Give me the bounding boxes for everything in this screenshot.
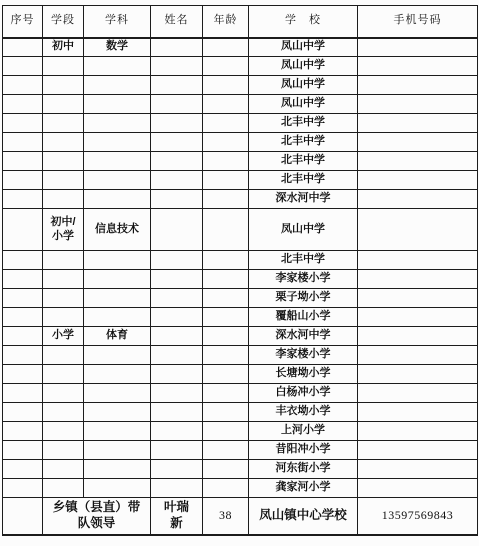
- cell-nianling: [203, 479, 249, 498]
- table-row: 覆船山小学: [3, 308, 478, 327]
- cell-xingming: [151, 152, 203, 171]
- cell-xueke: [84, 346, 151, 365]
- cell-xingming: [151, 57, 203, 76]
- cell-xueke: [84, 114, 151, 133]
- cell-xueduan: [43, 441, 84, 460]
- cell-shouji: [358, 479, 478, 498]
- cell-xueduan: [43, 346, 84, 365]
- cell-xueke: [84, 57, 151, 76]
- cell-xuhao: [3, 171, 43, 190]
- cell-nianling: [203, 95, 249, 114]
- table-row: 北丰中学: [3, 171, 478, 190]
- header-cell-xuexiao: 学 校: [249, 6, 358, 38]
- cell-xueduan: [43, 95, 84, 114]
- cell-xueduan: [43, 403, 84, 422]
- cell-nianling: [203, 76, 249, 95]
- table-row: 北丰中学: [3, 114, 478, 133]
- cell-nianling: [203, 460, 249, 479]
- cell-xueduan: [43, 133, 84, 152]
- cell-xuhao: [3, 114, 43, 133]
- cell-nianling: [203, 251, 249, 270]
- cell-xuexiao: 凤山中学: [249, 95, 358, 114]
- cell-xueke: [84, 422, 151, 441]
- cell-xueduan: [43, 479, 84, 498]
- cell-xingming: [151, 422, 203, 441]
- cell-shouji: [358, 76, 478, 95]
- cell-xueke: [84, 251, 151, 270]
- cell-xueke: [84, 308, 151, 327]
- cell-xueke: 体育: [84, 327, 151, 346]
- cell-xueke: [84, 190, 151, 209]
- cell-xueke: 数学: [84, 38, 151, 57]
- table-row: 北丰中学: [3, 152, 478, 171]
- cell-shouji: [358, 190, 478, 209]
- cell-xueduan: [43, 152, 84, 171]
- table-row: 李家楼小学: [3, 346, 478, 365]
- cell-shouji: [358, 327, 478, 346]
- cell-xuexiao: 深水河中学: [249, 190, 358, 209]
- cell-shouji: [358, 114, 478, 133]
- cell-xuhao: [3, 270, 43, 289]
- cell-xueke: [84, 95, 151, 114]
- table-row: 丰衣坳小学: [3, 403, 478, 422]
- cell-xingming: [151, 251, 203, 270]
- cell-shouji: [358, 460, 478, 479]
- cell-shouji: [358, 152, 478, 171]
- cell-xuhao: [3, 327, 43, 346]
- table-row: 凤山中学: [3, 57, 478, 76]
- cell-xuexiao: 北丰中学: [249, 133, 358, 152]
- cell-nianling: [203, 171, 249, 190]
- cell-xingming: [151, 190, 203, 209]
- cell-xuhao: [3, 57, 43, 76]
- header-cell-nianling: 年龄: [203, 6, 249, 38]
- cell-xueduan: [43, 171, 84, 190]
- cell-shouji: [358, 289, 478, 308]
- cell-xuhao: [3, 308, 43, 327]
- cell-xuhao: [3, 479, 43, 498]
- cell-xuhao: [3, 190, 43, 209]
- cell-xueduan: [43, 308, 84, 327]
- cell-nianling: [203, 289, 249, 308]
- table-row: 北丰中学: [3, 133, 478, 152]
- cell-shouji: [358, 38, 478, 57]
- cell-shouji: [358, 403, 478, 422]
- cell-xingming: [151, 76, 203, 95]
- cell-xuexiao: 李家楼小学: [249, 346, 358, 365]
- cell-xuhao: [3, 365, 43, 384]
- table-row: 小学体育深水河中学: [3, 327, 478, 346]
- cell-xueke: [84, 403, 151, 422]
- table-row: 龚家河小学: [3, 479, 478, 498]
- table-row: 白杨冲小学: [3, 384, 478, 403]
- cell-xingming: [151, 441, 203, 460]
- cell-xuhao: [3, 251, 43, 270]
- cell-shouji: [358, 133, 478, 152]
- cell-shouji: [358, 384, 478, 403]
- cell-xueke: [84, 479, 151, 498]
- table-row: 昔阳冲小学: [3, 441, 478, 460]
- header-cell-xuhao: 序号: [3, 6, 43, 38]
- cell-nianling: [203, 38, 249, 57]
- cell-nianling: [203, 209, 249, 251]
- cell-nianling: [203, 327, 249, 346]
- cell-xuhao: [3, 460, 43, 479]
- cell-nianling: [203, 403, 249, 422]
- cell-xingming: [151, 365, 203, 384]
- cell-xueke: [84, 76, 151, 95]
- cell-xueke: 信息技术: [84, 209, 151, 251]
- cell-xingming: [151, 479, 203, 498]
- cell-xueduan: [43, 270, 84, 289]
- cell-xuexiao: 凤山镇中心学校: [249, 498, 358, 535]
- cell-nianling: [203, 57, 249, 76]
- table-row: 长塘坳小学: [3, 365, 478, 384]
- table-body: 初中数学凤山中学凤山中学凤山中学凤山中学北丰中学北丰中学北丰中学北丰中学深水河中…: [3, 38, 478, 535]
- cell-xuhao: [3, 76, 43, 95]
- table-row: 乡镇（县直）带 队领导叶瑞 新38凤山镇中心学校13597569843: [3, 498, 478, 535]
- cell-nianling: [203, 308, 249, 327]
- cell-nianling: [203, 270, 249, 289]
- cell-xuexiao: 凤山中学: [249, 209, 358, 251]
- table-row: 凤山中学: [3, 76, 478, 95]
- cell-leader-title: 乡镇（县直）带 队领导: [43, 498, 151, 535]
- cell-xingming: [151, 114, 203, 133]
- table-row: 上河小学: [3, 422, 478, 441]
- cell-xueduan: 小学: [43, 327, 84, 346]
- cell-xingming: [151, 460, 203, 479]
- cell-shouji: [358, 441, 478, 460]
- header-cell-shouji: 手机号码: [358, 6, 478, 38]
- cell-xuhao: [3, 209, 43, 251]
- cell-xuhao: [3, 38, 43, 57]
- cell-xueke: [84, 289, 151, 308]
- cell-nianling: 38: [203, 498, 249, 535]
- cell-shouji: [358, 346, 478, 365]
- cell-xingming: [151, 384, 203, 403]
- cell-xuhao: [3, 422, 43, 441]
- cell-xueduan: [43, 365, 84, 384]
- cell-xuhao: [3, 95, 43, 114]
- cell-shouji: 13597569843: [358, 498, 478, 535]
- header-row: 序号 学段 学科 姓名 年龄 学 校 手机号码: [3, 6, 478, 38]
- cell-xuhao: [3, 289, 43, 308]
- cell-xingming: [151, 270, 203, 289]
- cell-xingming: 叶瑞 新: [151, 498, 203, 535]
- cell-shouji: [358, 57, 478, 76]
- cell-xueke: [84, 152, 151, 171]
- cell-xuexiao: 上河小学: [249, 422, 358, 441]
- cell-xuexiao: 深水河中学: [249, 327, 358, 346]
- cell-xueke: [84, 270, 151, 289]
- table-row: 初中/ 小学信息技术凤山中学: [3, 209, 478, 251]
- cell-xingming: [151, 327, 203, 346]
- cell-xueduan: [43, 460, 84, 479]
- cell-xuexiao: 白杨冲小学: [249, 384, 358, 403]
- cell-xuexiao: 北丰中学: [249, 152, 358, 171]
- cell-xuhao: [3, 498, 43, 535]
- cell-xuexiao: 龚家河小学: [249, 479, 358, 498]
- cell-xingming: [151, 133, 203, 152]
- cell-xuhao: [3, 133, 43, 152]
- cell-nianling: [203, 384, 249, 403]
- cell-xingming: [151, 95, 203, 114]
- table-row: 北丰中学: [3, 251, 478, 270]
- cell-shouji: [358, 171, 478, 190]
- cell-xueke: [84, 460, 151, 479]
- cell-xueduan: 初中: [43, 38, 84, 57]
- cell-xuexiao: 北丰中学: [249, 114, 358, 133]
- table-row: 河东街小学: [3, 460, 478, 479]
- cell-shouji: [358, 365, 478, 384]
- cell-xuexiao: 凤山中学: [249, 57, 358, 76]
- table-row: 初中数学凤山中学: [3, 38, 478, 57]
- cell-xueduan: [43, 289, 84, 308]
- cell-nianling: [203, 441, 249, 460]
- cell-xingming: [151, 38, 203, 57]
- cell-xueke: [84, 384, 151, 403]
- cell-xingming: [151, 209, 203, 251]
- cell-shouji: [358, 422, 478, 441]
- header-cell-xueke: 学科: [84, 6, 151, 38]
- cell-nianling: [203, 152, 249, 171]
- cell-shouji: [358, 209, 478, 251]
- cell-xueduan: 初中/ 小学: [43, 209, 84, 251]
- cell-nianling: [203, 114, 249, 133]
- cell-nianling: [203, 365, 249, 384]
- cell-xueke: [84, 365, 151, 384]
- cell-xueduan: [43, 114, 84, 133]
- cell-xueduan: [43, 384, 84, 403]
- cell-xingming: [151, 289, 203, 308]
- cell-xuexiao: 昔阳冲小学: [249, 441, 358, 460]
- cell-xuhao: [3, 152, 43, 171]
- cell-xuexiao: 丰衣坳小学: [249, 403, 358, 422]
- table-row: 李家楼小学: [3, 270, 478, 289]
- cell-xingming: [151, 403, 203, 422]
- cell-xingming: [151, 346, 203, 365]
- cell-xuexiao: 河东街小学: [249, 460, 358, 479]
- cell-xuexiao: 栗子坳小学: [249, 289, 358, 308]
- table-row: 凤山中学: [3, 95, 478, 114]
- cell-xueke: [84, 171, 151, 190]
- cell-xueduan: [43, 57, 84, 76]
- cell-nianling: [203, 190, 249, 209]
- cell-xueke: [84, 441, 151, 460]
- cell-xueduan: [43, 422, 84, 441]
- table-row: 深水河中学: [3, 190, 478, 209]
- cell-xuhao: [3, 346, 43, 365]
- cell-xueduan: [43, 190, 84, 209]
- cell-xuexiao: 北丰中学: [249, 251, 358, 270]
- cell-xueduan: [43, 251, 84, 270]
- cell-xueke: [84, 133, 151, 152]
- cell-nianling: [203, 346, 249, 365]
- cell-xuexiao: 凤山中学: [249, 38, 358, 57]
- teacher-roster-table: 序号 学段 学科 姓名 年龄 学 校 手机号码 初中数学凤山中学凤山中学凤山中学…: [2, 5, 478, 536]
- cell-xingming: [151, 308, 203, 327]
- cell-shouji: [358, 270, 478, 289]
- cell-shouji: [358, 95, 478, 114]
- cell-xueduan: [43, 76, 84, 95]
- header-cell-xueduan: 学段: [43, 6, 84, 38]
- document-page: 序号 学段 学科 姓名 年龄 学 校 手机号码 初中数学凤山中学凤山中学凤山中学…: [0, 0, 479, 546]
- cell-shouji: [358, 308, 478, 327]
- cell-xuexiao: 北丰中学: [249, 171, 358, 190]
- cell-xuexiao: 李家楼小学: [249, 270, 358, 289]
- cell-nianling: [203, 422, 249, 441]
- table-row: 栗子坳小学: [3, 289, 478, 308]
- cell-xuexiao: 凤山中学: [249, 76, 358, 95]
- cell-shouji: [358, 251, 478, 270]
- cell-xuexiao: 长塘坳小学: [249, 365, 358, 384]
- cell-xuhao: [3, 441, 43, 460]
- cell-nianling: [203, 133, 249, 152]
- cell-xingming: [151, 171, 203, 190]
- cell-xuexiao: 覆船山小学: [249, 308, 358, 327]
- header-cell-xingming: 姓名: [151, 6, 203, 38]
- cell-xuhao: [3, 384, 43, 403]
- cell-xuhao: [3, 403, 43, 422]
